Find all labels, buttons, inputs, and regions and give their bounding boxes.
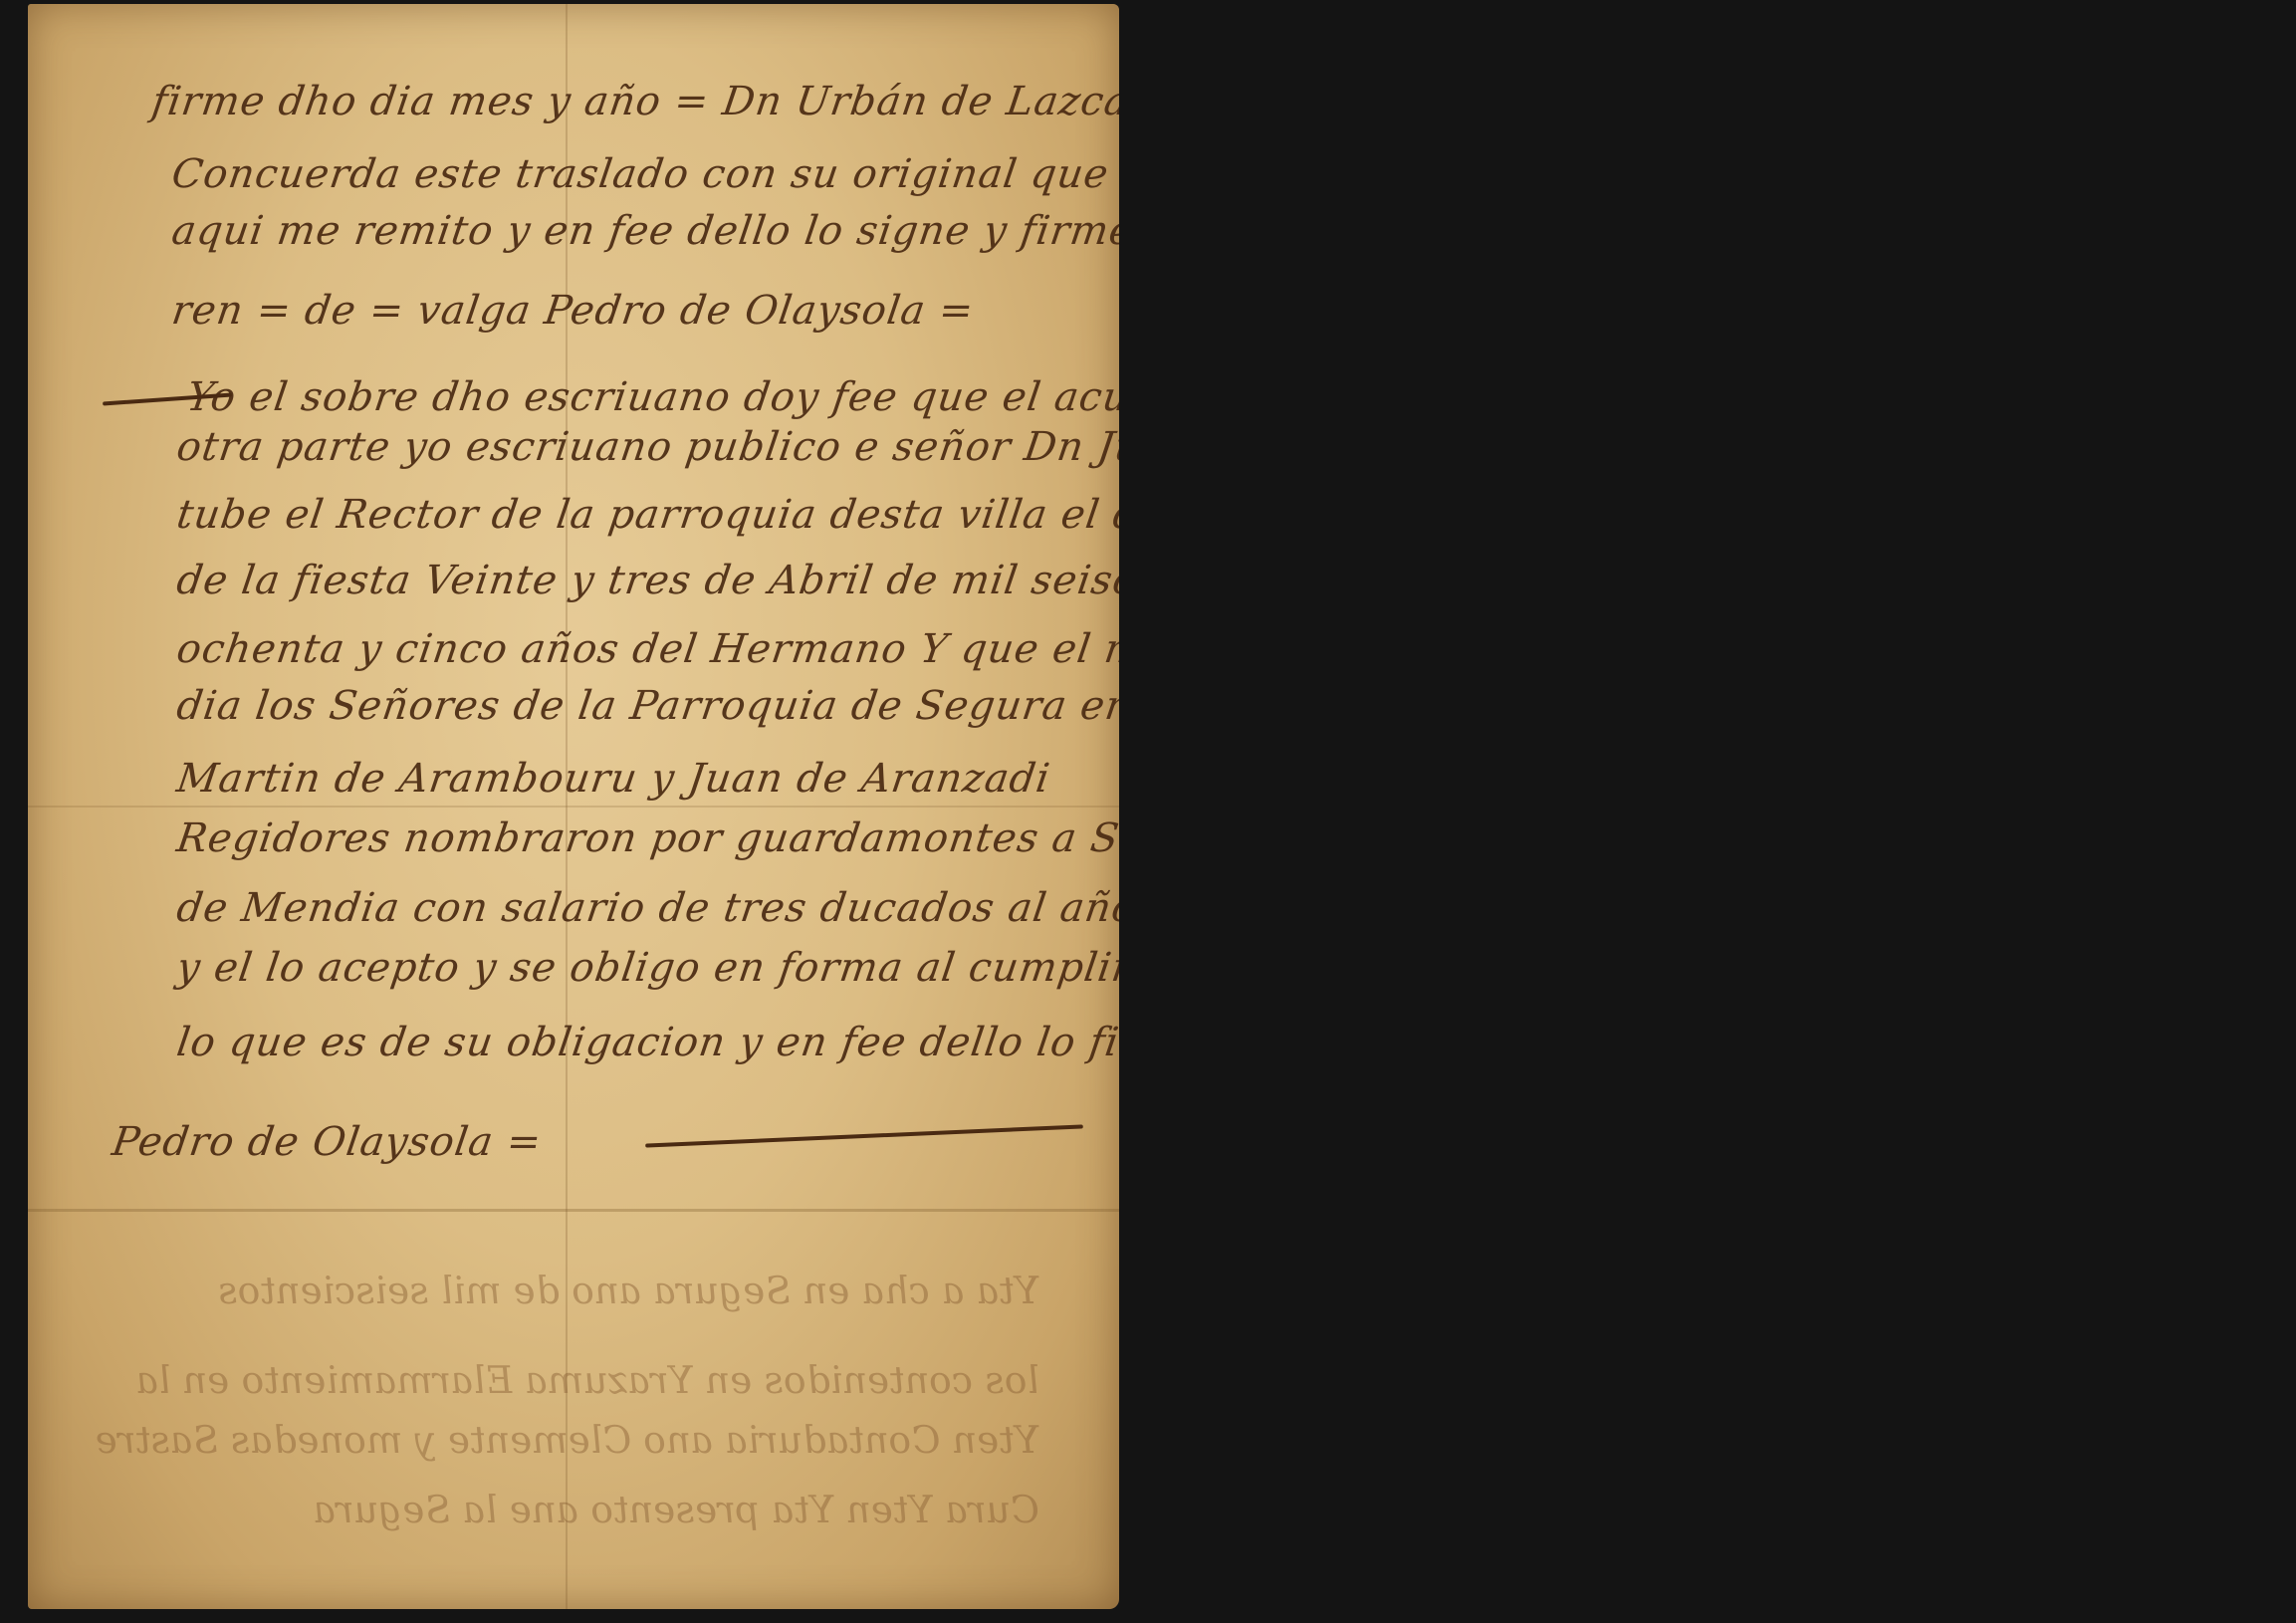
bleed-through-text: Yta a cha en Segura ano de mil seiscient… — [145, 1269, 1042, 1312]
text-line: ren = de = valga Pedro de Olaysola = — [169, 288, 1082, 334]
bleed-through-text: Yten Contaduria ano Clemente y monedas S… — [145, 1418, 1042, 1462]
text-line: de la fiesta Veinte y tres de Abril de m… — [174, 558, 1082, 603]
text-line: Regidores nombraron por guardamontes a S… — [174, 815, 1082, 861]
text-line: otra parte yo escriuano publico e señor … — [174, 424, 1082, 470]
text-line: firme dho dia mes y año = Dn Urbán de La… — [149, 79, 1082, 124]
signature-line: Pedro de Olaysola = — [110, 1119, 1082, 1165]
text-line: aqui me remito y en fee dello lo signe y… — [169, 208, 1082, 254]
text-line: y el lo acepto y se obligo en forma al c… — [174, 945, 1082, 991]
text-line: ochenta y cinco años del Hermano Y que e… — [174, 626, 1082, 672]
bleed-through-text: los contenidos en Yrazuma Elarmamiento e… — [145, 1358, 1042, 1402]
text-line: de Mendia con salario de tres ducados al… — [174, 885, 1082, 931]
text-line: Yo el sobre dho escriuano doy fee que el… — [184, 374, 1082, 420]
text-line: tube el Rector de la parroquia desta vil… — [174, 492, 1082, 538]
text-line: Concuerda este traslado con su original … — [169, 151, 1082, 197]
text-line: lo que es de su obligacion y en fee dell… — [174, 1020, 1082, 1065]
manuscript-page: firme dho dia mes y año = Dn Urbán de La… — [28, 4, 1119, 1609]
text-line: Martin de Arambouru y Juan de Aranzadi — [174, 756, 1082, 802]
text-line: dia los Señores de la Parroquia de Segur… — [174, 683, 1082, 729]
handwritten-text: firme dho dia mes y año = Dn Urbán de La… — [28, 4, 1119, 1609]
bleed-through-text: Cura Yten Yta presento ane la Segura — [145, 1488, 1042, 1531]
